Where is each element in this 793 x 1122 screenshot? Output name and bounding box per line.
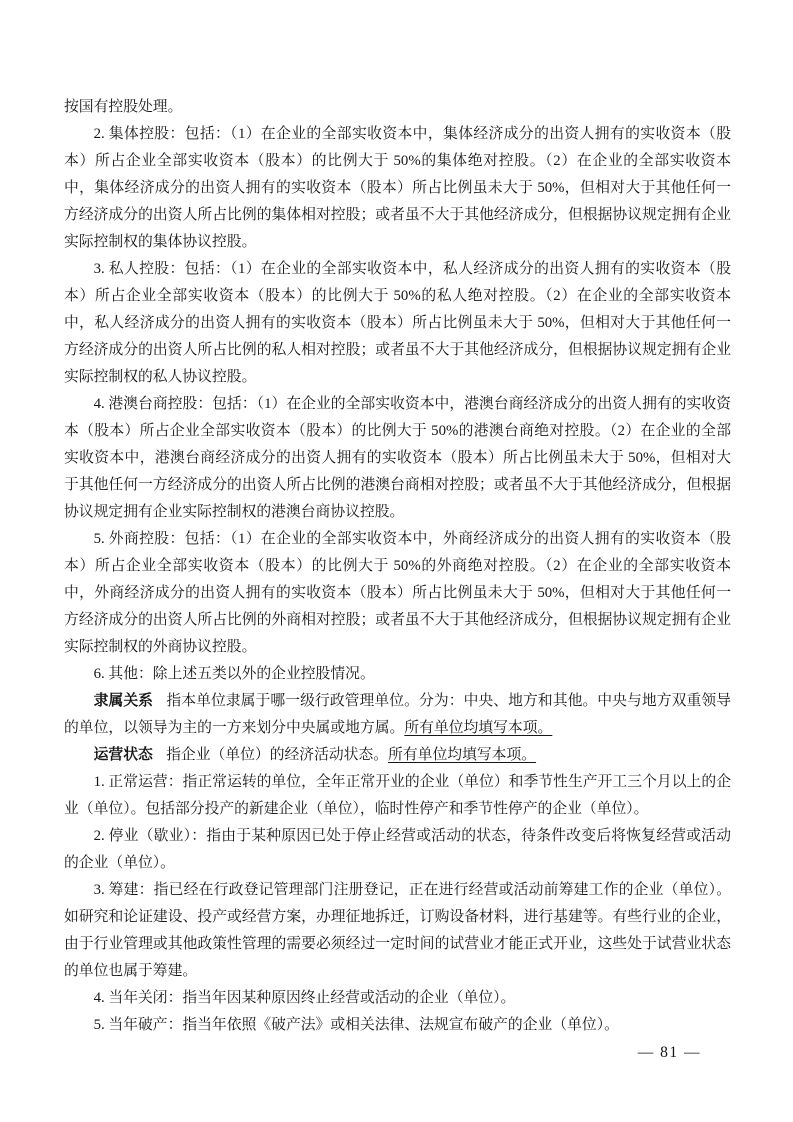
item-other-holding: 6. 其他：除上述五类以外的企业控股情况。 — [64, 661, 731, 688]
text-run: 5. 外商控股：包括：（1）在企业的全部实收资本中，外商经济成分的出资人拥有的实… — [64, 531, 731, 655]
page-footer: — 81 — — [638, 1044, 701, 1062]
text-run: 指企业（单位）的经济活动状态。 — [166, 747, 388, 763]
paragraph-continuation-state-holding: 按国有控股处理。 — [64, 94, 731, 121]
text-run: 2. 集体控股：包括：（1）在企业的全部实收资本中，集体经济成分的出资人拥有的实… — [64, 126, 731, 250]
underlined-requirement: 所有单位均填写本项。 — [404, 720, 552, 736]
status-normal-operation: 1. 正常运营：指正常运转的单位，全年正常开业的企业（单位）和季节性生产开工三个… — [64, 769, 731, 823]
term-label: 隶属关系 — [94, 693, 153, 709]
text-run: 4. 当年关闭：指当年因某种原因终止经营或活动的企业（单位）。 — [94, 990, 516, 1006]
definition-affiliation: 隶属关系指本单位隶属于哪一级行政管理单位。分为：中央、地方和其他。中央与地方双重… — [64, 688, 731, 742]
term-label: 运营状态 — [94, 747, 153, 763]
text-run: 5. 当年破产：指当年依照《破产法》或相关法律、法规宣布破产的企业（单位）。 — [94, 1017, 619, 1033]
status-closed-this-year: 4. 当年关闭：指当年因某种原因终止经营或活动的企业（单位）。 — [64, 985, 731, 1012]
text-run: 按国有控股处理。 — [64, 99, 182, 115]
page-number: — 81 — — [638, 1044, 701, 1061]
text-run: 3. 私人控股：包括：（1）在企业的全部实收资本中，私人经济成分的出资人拥有的实… — [64, 261, 731, 385]
status-under-preparation: 3. 筹建：指已经在行政登记管理部门注册登记，正在进行经营或活动前筹建工作的企业… — [64, 877, 731, 985]
text-run: 指本单位隶属于哪一级行政管理单位。分为：中央、地方和其他。中央与地方双重领导的单… — [64, 693, 731, 736]
text-run: 4. 港澳台商控股：包括：（1）在企业的全部实收资本中，港澳台商经济成分的出资人… — [64, 396, 731, 520]
status-suspended: 2. 停业（歇业）：指由于某种原因已处于停止经营或活动的状态，待条件改变后将恢复… — [64, 823, 731, 877]
text-run: 3. 筹建：指已经在行政登记管理部门注册登记，正在进行经营或活动前筹建工作的企业… — [64, 882, 731, 979]
document-body: 按国有控股处理。2. 集体控股：包括：（1）在企业的全部实收资本中，集体经济成分… — [64, 94, 731, 1039]
item-collective-holding: 2. 集体控股：包括：（1）在企业的全部实收资本中，集体经济成分的出资人拥有的实… — [64, 121, 731, 256]
text-run: 2. 停业（歇业）：指由于某种原因已处于停止经营或活动的状态，待条件改变后将恢复… — [64, 828, 731, 871]
status-bankrupt-this-year: 5. 当年破产：指当年依照《破产法》或相关法律、法规宣布破产的企业（单位）。 — [64, 1012, 731, 1039]
text-run: 1. 正常运营：指正常运转的单位，全年正常开业的企业（单位）和季节性生产开工三个… — [64, 774, 731, 817]
item-foreign-holding: 5. 外商控股：包括：（1）在企业的全部实收资本中，外商经济成分的出资人拥有的实… — [64, 526, 731, 661]
text-run: 6. 其他：除上述五类以外的企业控股情况。 — [94, 666, 375, 682]
definition-operating-status: 运营状态指企业（单位）的经济活动状态。所有单位均填写本项。 — [64, 742, 731, 769]
item-hk-macao-taiwan-holding: 4. 港澳台商控股：包括：（1）在企业的全部实收资本中，港澳台商经济成分的出资人… — [64, 391, 731, 526]
underlined-requirement: 所有单位均填写本项。 — [388, 747, 536, 763]
item-private-holding: 3. 私人控股：包括：（1）在企业的全部实收资本中，私人经济成分的出资人拥有的实… — [64, 256, 731, 391]
document-page: 按国有控股处理。2. 集体控股：包括：（1）在企业的全部实收资本中，集体经济成分… — [0, 0, 793, 1122]
